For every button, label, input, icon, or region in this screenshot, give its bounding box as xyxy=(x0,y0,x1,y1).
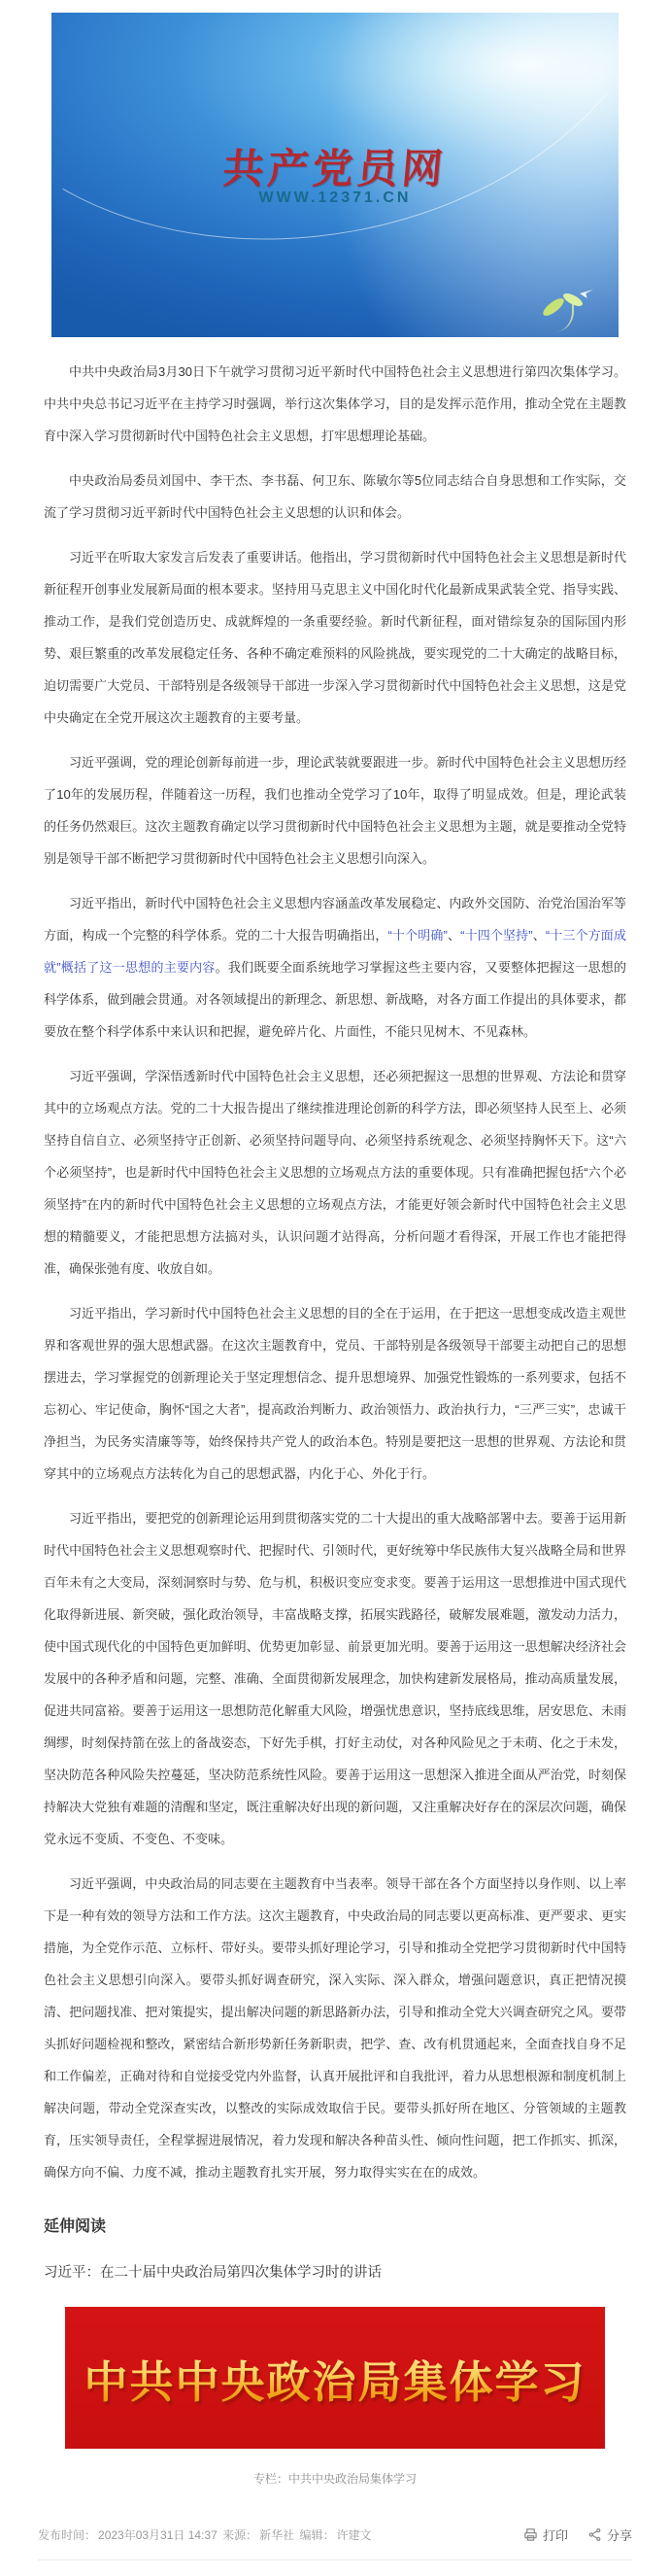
extended-reading-heading: 延伸阅读 xyxy=(44,2214,626,2236)
paragraph: 中央政治局委员刘国中、李干杰、李书磊、何卫东、陈敏尔等5位同志结合自身思想和工作… xyxy=(44,464,626,529)
paragraph-text: 习近平在听取大家发言后发表了重要讲话。他指出，学习贯彻新时代中国特色社会主义思想… xyxy=(44,550,626,725)
publish-time: 2023年03月31日 14:37 xyxy=(98,2528,218,2542)
share-button[interactable]: 分享 xyxy=(587,2525,632,2544)
paragraph: 习近平指出，新时代中国特色社会主义思想内容涵盖改革发展稳定、内政外交国防、治党治… xyxy=(44,887,626,1048)
publish-info: 发布时间：2023年03月31日 14:37 来源：新华社 编辑：许建文 xyxy=(38,2526,374,2543)
plant-decoration xyxy=(527,269,595,331)
source-value: 新华社 xyxy=(259,2528,294,2542)
publish-time-label: 发布时间： xyxy=(38,2528,96,2542)
share-icon xyxy=(587,2527,602,2542)
site-url-text: WWW.12371.CN xyxy=(51,189,619,207)
topic-banner-title: 中共中央政治局集体学习 xyxy=(84,2347,586,2410)
print-button[interactable]: 打印 xyxy=(523,2525,568,2544)
editor-value: 许建文 xyxy=(337,2528,372,2542)
paragraph-text: 习近平指出，学习新时代中国特色社会主义思想的目的全在于运用，在于把这一思想变成改… xyxy=(44,1306,626,1481)
article-page: 共产党员网 WWW.12371.CN 中共中央政治局3月30日下午就学习贯彻习近… xyxy=(0,13,670,2576)
paragraph-text: 中央政治局委员刘国中、李干杰、李书磊、何卫东、陈敏尔等5位同志结合自身思想和工作… xyxy=(44,473,626,520)
paragraph-text: 中共中央政治局3月30日下午就学习贯彻习近平新时代中国特色社会主义思想进行第四次… xyxy=(44,364,626,443)
extended-reading-section: 延伸阅读 习近平：在二十届中央政治局第四次集体学习时的讲话 中共中央政治局集体学… xyxy=(0,2214,670,2487)
paragraph-text: 习近平指出，要把党的创新理论运用到贯彻落实党的二十大提出的重大战略部署中去。要善… xyxy=(44,1511,626,1846)
paragraph-text: 、 xyxy=(533,928,546,943)
article-meta-bar: 发布时间：2023年03月31日 14:37 来源：新华社 编辑：许建文 打印 xyxy=(38,2525,632,2544)
paragraph-text: 习近平强调，党的理论创新每前进一步，理论武装就要跟进一步。新时代中国特色社会主义… xyxy=(44,755,626,866)
source-label: 来源： xyxy=(222,2528,257,2542)
paragraph: 习近平强调，党的理论创新每前进一步，理论武装就要跟进一步。新时代中国特色社会主义… xyxy=(44,746,626,875)
paragraph: 中共中央政治局3月30日下午就学习贯彻习近平新时代中国特色社会主义思想进行第四次… xyxy=(44,356,626,452)
paragraph: 习近平强调，学深悟透新时代中国特色社会主义思想，还必须把握这一思想的世界观、方法… xyxy=(44,1060,626,1285)
print-label: 打印 xyxy=(543,2525,568,2544)
paragraph: 习近平指出，要把党的创新理论运用到贯彻落实党的二十大提出的重大战略部署中去。要善… xyxy=(44,1502,626,1855)
header-banner-image: 共产党员网 WWW.12371.CN xyxy=(51,13,619,337)
editor-label: 编辑： xyxy=(300,2528,335,2542)
topic-column-link[interactable]: 专栏：中共中央政治局集体学习 xyxy=(0,2470,670,2487)
paragraph: 习近平在听取大家发言后发表了重要讲话。他指出，学习贯彻新时代中国特色社会主义思想… xyxy=(44,541,626,734)
inline-link-fourteen-persistences[interactable]: “十四个坚持” xyxy=(460,928,532,943)
paragraph-text: 、 xyxy=(448,928,460,943)
topic-banner-image[interactable]: 中共中央政治局集体学习 xyxy=(65,2307,605,2449)
article-actions: 打印 分享 xyxy=(523,2525,632,2544)
share-label: 分享 xyxy=(607,2525,632,2544)
bird-decoration xyxy=(580,290,593,298)
inline-link-ten-clarifications[interactable]: “十个明确” xyxy=(388,928,448,943)
printer-icon xyxy=(523,2527,538,2542)
article-body: 中共中央政治局3月30日下午就学习贯彻习近平新时代中国特色社会主义思想进行第四次… xyxy=(44,337,626,2188)
extended-reading-link[interactable]: 习近平：在二十届中央政治局第四次集体学习时的讲话 xyxy=(44,2261,626,2282)
paragraph: 习近平指出，学习新时代中国特色社会主义思想的目的全在于运用，在于把这一思想变成改… xyxy=(44,1297,626,1490)
paragraph: 习近平强调，中央政治局的同志要在主题教育中当表率。领导干部在各个方面坚持以身作则… xyxy=(44,1868,626,2188)
site-logo: 共产党员网 xyxy=(51,137,619,195)
bottom-divider xyxy=(38,2559,632,2560)
paragraph-text: 习近平强调，学深悟透新时代中国特色社会主义思想，还必须把握这一思想的世界观、方法… xyxy=(44,1069,626,1276)
paragraph-text: 习近平强调，中央政治局的同志要在主题教育中当表率。领导干部在各个方面坚持以身作则… xyxy=(44,1876,626,2180)
